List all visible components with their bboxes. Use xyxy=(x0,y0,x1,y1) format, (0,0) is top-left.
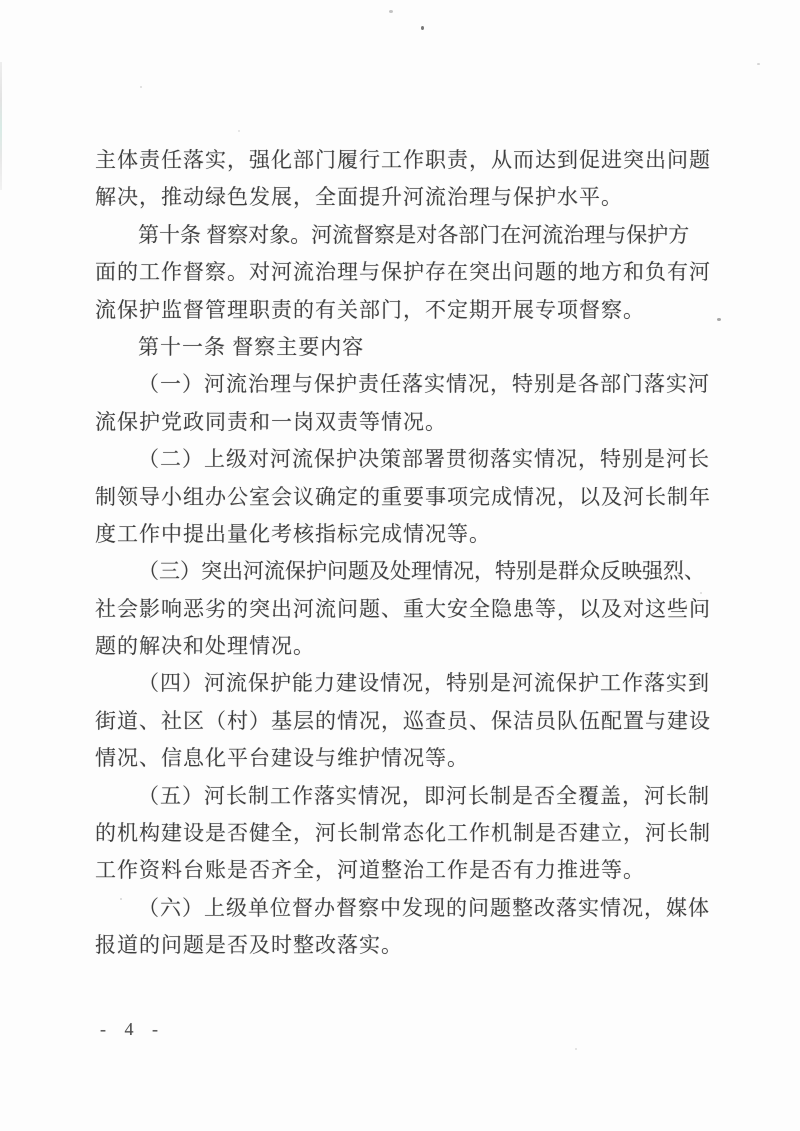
scan-speck xyxy=(575,1048,577,1050)
text-line: 工作资料台账是否齐全，河道整治工作是否有力推进等。 xyxy=(95,852,713,889)
text-line: 主体责任落实，强化部门履行工作职责，从而达到促进突出问题 xyxy=(95,142,713,179)
text-line: 解决，推动绿色发展，全面提升河流治理与保护水平。 xyxy=(95,179,713,216)
document-body: 主体责任落实，强化部门履行工作职责，从而达到促进突出问题解决，推动绿色发展，全面… xyxy=(95,142,713,965)
text-line: 题的解决和处理情况。 xyxy=(95,628,713,665)
text-line: （四）河流保护能力建设情况，特别是河流保护工作落实到 xyxy=(138,665,713,702)
text-line: 面的工作督察。对河流治理与保护存在突出问题的地方和负有河 xyxy=(95,254,713,291)
scan-speck xyxy=(238,130,240,132)
text-line: （一）河流治理与保护责任落实情况，特别是各部门落实河 xyxy=(138,366,713,403)
text-line: 流保护监督管理职责的有关部门，不定期开展专项督察。 xyxy=(95,292,713,329)
text-line: 情况、信息化平台建设与维护情况等。 xyxy=(95,740,713,777)
text-line: 度工作中提出量化考核指标完成情况等。 xyxy=(95,516,713,553)
text-line: （三）突出河流保护问题及处理情况，特别是群众反映强烈、 xyxy=(138,553,713,590)
scan-edge-artifact xyxy=(0,62,2,190)
text-line: （六）上级单位督办督察中发现的问题整改落实情况，媒体 xyxy=(138,890,713,927)
scan-speck xyxy=(757,63,760,65)
scan-speck xyxy=(140,86,142,88)
text-line: 社会影响恶劣的突出河流问题、重大安全隐患等，以及对这些问 xyxy=(95,591,713,628)
text-line: （二）上级对河流保护决策部署贯彻落实情况，特别是河长 xyxy=(138,441,713,478)
text-line: 的机构建设是否健全，河长制常态化工作机制是否建立，河长制 xyxy=(95,815,713,852)
scan-speck xyxy=(389,10,393,13)
text-line: 制领导小组办公室会议确定的重要事项完成情况，以及河长制年 xyxy=(95,479,713,516)
scanned-document-page: 主体责任落实，强化部门履行工作职责，从而达到促进突出问题解决，推动绿色发展，全面… xyxy=(0,0,800,1131)
scan-speck xyxy=(717,318,721,321)
page-number: - 4 - xyxy=(100,1019,162,1040)
scan-speck xyxy=(421,26,424,30)
text-line: 流保护党政同责和一岗双责等情况。 xyxy=(95,404,713,441)
text-line: 报道的问题是否及时整改落实。 xyxy=(95,927,713,964)
text-line: （五）河长制工作落实情况，即河长制是否全覆盖，河长制 xyxy=(138,778,713,815)
text-line: 第十一条 督察主要内容 xyxy=(138,329,713,366)
text-line: 第十条 督察对象。河流督察是对各部门在河流治理与保护方 xyxy=(138,217,713,254)
text-line: 街道、社区（村）基层的情况，巡查员、保洁员队伍配置与建设 xyxy=(95,703,713,740)
